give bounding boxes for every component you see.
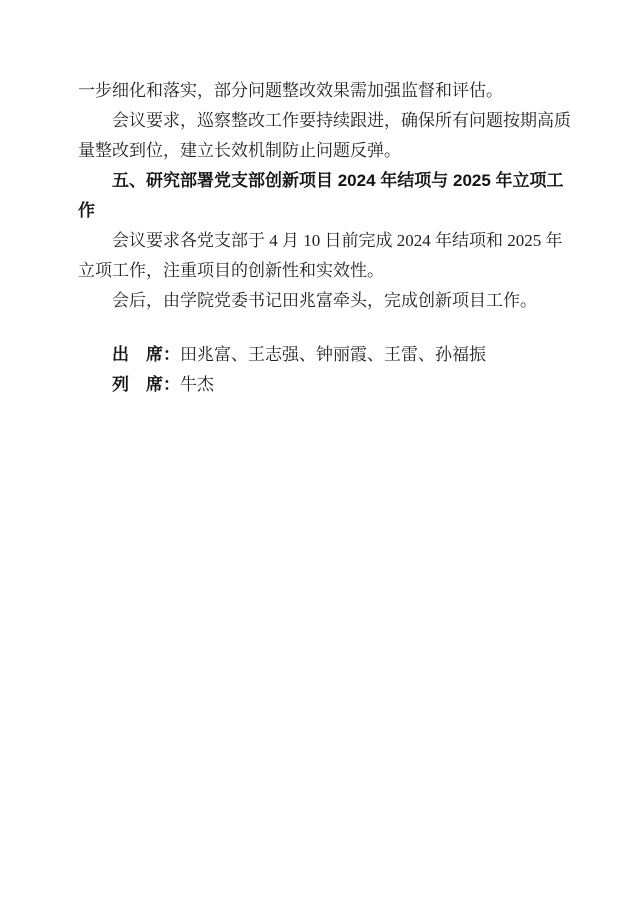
body-line: 会后，由学院党委书记田兆富牵头，完成创新项目工作。 bbox=[78, 286, 561, 316]
heading-line: 作 bbox=[78, 196, 561, 226]
document-body: 一步细化和落实，部分问题整改效果需加强监督和评估。会议要求，巡察整改工作要持续跟… bbox=[78, 76, 561, 316]
attendance-row: 出 席：田兆富、王志强、钟丽霞、王雷、孙福振 bbox=[78, 340, 561, 370]
body-line: 量整改到位，建立长效机制防止问题反弹。 bbox=[78, 136, 561, 166]
body-line: 一步细化和落实，部分问题整改效果需加强监督和评估。 bbox=[78, 76, 561, 106]
document-content: 一步细化和落实，部分问题整改效果需加强监督和评估。会议要求，巡察整改工作要持续跟… bbox=[78, 76, 561, 400]
attendance-label: 列 席： bbox=[112, 375, 180, 394]
body-line: 会议要求，巡察整改工作要持续跟进，确保所有问题按期高质 bbox=[78, 106, 561, 136]
heading-line: 五、研究部署党支部创新项目 2024 年结项与 2025 年立项工 bbox=[78, 166, 561, 196]
attendance-row: 列 席：牛杰 bbox=[78, 370, 561, 400]
attendance-names: 牛杰 bbox=[180, 375, 214, 394]
document-page: 一步细化和落实，部分问题整改效果需加强监督和评估。会议要求，巡察整改工作要持续跟… bbox=[0, 0, 639, 905]
attendance-label: 出 席： bbox=[112, 345, 180, 364]
body-line: 立项工作，注重项目的创新性和实效性。 bbox=[78, 256, 561, 286]
body-line: 会议要求各党支部于 4 月 10 日前完成 2024 年结项和 2025 年 bbox=[78, 226, 561, 256]
attendance-section: 出 席：田兆富、王志强、钟丽霞、王雷、孙福振列 席：牛杰 bbox=[78, 340, 561, 400]
attendance-names: 田兆富、王志强、钟丽霞、王雷、孙福振 bbox=[180, 345, 486, 364]
